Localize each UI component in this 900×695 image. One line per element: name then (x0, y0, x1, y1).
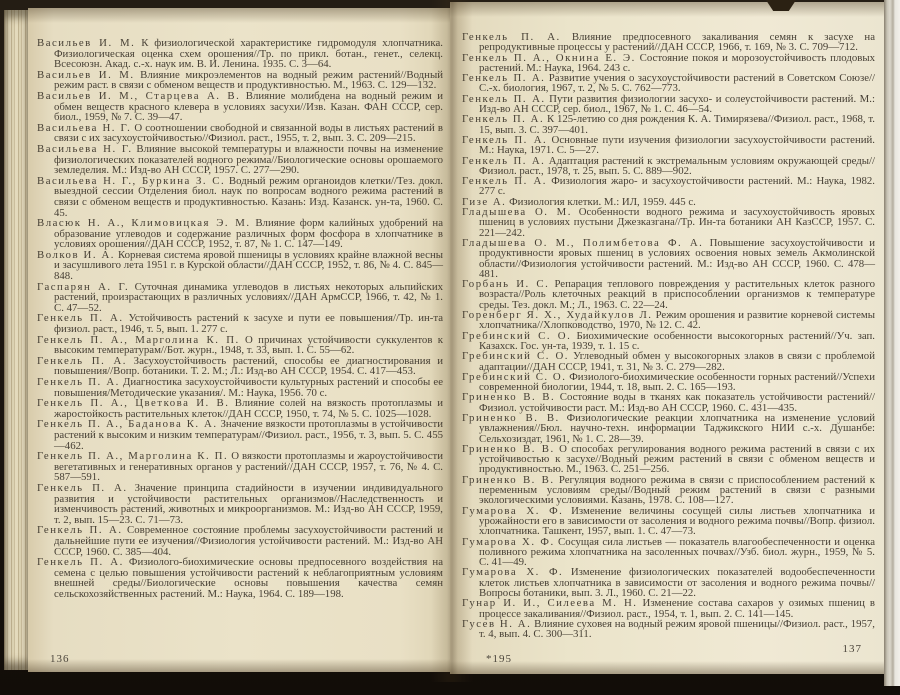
bibliography-entry: Гумарова Х. Ф. Изменение физиологических… (462, 567, 875, 598)
page-number-right: 137 (843, 643, 863, 655)
bibliography-entry: Генкель П. А. К 125-летию со дня рождени… (462, 114, 875, 135)
bibliography-entry: Генкель П. А. Адаптация растений к экстр… (462, 156, 875, 177)
bibliography-entry: Генкель П. А. Влияние предпосевного зака… (462, 32, 875, 53)
bibliography-entry: Генкель П. А. Развитие учения о засухоус… (462, 73, 875, 94)
bibliography-entry: Генкель П. А. Современное состояние проб… (37, 525, 443, 557)
bibliography-entry: Горенберг Я. Х., Худайкулов Л. Режим оро… (462, 310, 875, 331)
bibliography-entry: Гребинский С. О. Углеводный обмен у высо… (462, 351, 875, 372)
bibliography-entry: Васильев И. М., Старцева А. В. Влияние м… (37, 91, 443, 123)
bibliography-entry: Гумарова Х. Ф. Сосущая сила листьев — по… (462, 537, 875, 568)
bibliography-entry: Гладышева О. М., Полимбетова Ф. А. Повыш… (462, 238, 875, 279)
bibliography-entry: Генкель П. А. Значение принципа стадийно… (37, 483, 443, 525)
bibliography-entry: Гладышева О. М. Особенности водного режи… (462, 207, 875, 238)
right-page-text: Генкель П. А. Влияние предпосевного зака… (462, 32, 875, 640)
right-page: Генкель П. А. Влияние предпосевного зака… (450, 2, 884, 674)
bibliography-entry: Гриненко В. В. О способах регулирования … (462, 444, 875, 475)
bibliography-entry: Генкель П. А., Цветкова И. В. Влияние со… (37, 398, 443, 419)
bibliography-entry: Гриненко В. В. Состояние воды в тканях к… (462, 392, 875, 413)
bibliography-entry: Генкель П. А., Окнина Е. Э. Состояние по… (462, 53, 875, 74)
stacked-page-edges-left (4, 10, 29, 670)
bibliography-entry: Генкель П. А. Устойчивость растений к за… (37, 313, 443, 334)
bibliography-entry: Генкель П. А., Марголина К. П. О причина… (37, 335, 443, 356)
bibliography-entry: Гриненко В. В. Физиологические реакции х… (462, 413, 875, 444)
bibliography-entry: Генкель П. А. Диагностика засухоустойчив… (37, 377, 443, 398)
page-number-left: 136 (50, 653, 70, 665)
bibliography-entry: Васильева Н. Г., Буркина З. С. Водный ре… (37, 176, 443, 218)
bibliography-entry: Васильев И. М. К физиологической характе… (37, 38, 443, 70)
bibliography-entry: Васильев И. М. Влияние микроэлементов на… (37, 70, 443, 91)
bibliography-entry: Гриненко В. В. Регуляция водного режима … (462, 475, 875, 506)
bibliography-entry: Генкель П. А., Марголина К. П. О вязкост… (37, 451, 443, 483)
left-page: Васильев И. М. К физиологической характе… (28, 8, 450, 672)
bibliography-entry: Гребинский С. О. Физиолого-биохимические… (462, 372, 875, 393)
fore-edge-right (884, 0, 900, 686)
bibliography-entry: Генкель П. А. Пути развития физиологии з… (462, 94, 875, 115)
bibliography-entry: Горбань И. С. Репарация теплового повреж… (462, 279, 875, 310)
book-spread-photo: Васильев И. М. К физиологической характе… (0, 0, 900, 695)
bibliography-entry: Гребинский С. О. Биохимические особеннос… (462, 331, 875, 352)
signature-mark: *195 (486, 653, 512, 665)
left-page-text: Васильев И. М. К физиологической характе… (37, 38, 443, 599)
bibliography-entry: Генкель П. А. Основные пути изучения физ… (462, 135, 875, 156)
bibliography-entry: Генкель П. А. Засухоустойчивость растени… (37, 356, 443, 377)
bibliography-entry: Гаспарян А. Г. Суточная динамика углевод… (37, 282, 443, 314)
bibliography-entry: Генкель П. А. Физиология жаро- и засухоу… (462, 176, 875, 197)
bibliography-entry: Гусев Н. А. Влияние суховея на водный ре… (462, 619, 875, 640)
bibliography-entry: Васильева Н. Г. О соотношении свободной … (37, 123, 443, 144)
bibliography-entry: Гунар И. И., Силеева М. Н. Изменение сос… (462, 598, 875, 619)
bibliography-entry: Волков И. А. Корневая система яровой пше… (37, 250, 443, 282)
bibliography-entry: Гумарова Х. Ф. Изменение величины сосуще… (462, 506, 875, 537)
bibliography-entry: Генкель П. А. Физиолого-биохимические ос… (37, 557, 443, 599)
bibliography-entry: Васильева Н. Г. Влияние высокой температ… (37, 144, 443, 176)
bibliography-entry: Генкель П. А., Баданова К. А. Значение в… (37, 419, 443, 451)
bibliography-entry: Власюк Н. А., Климовицкая Э. М. Влияние … (37, 218, 443, 250)
entry-text: Влияние суховея на водный режим яровой п… (479, 618, 875, 640)
